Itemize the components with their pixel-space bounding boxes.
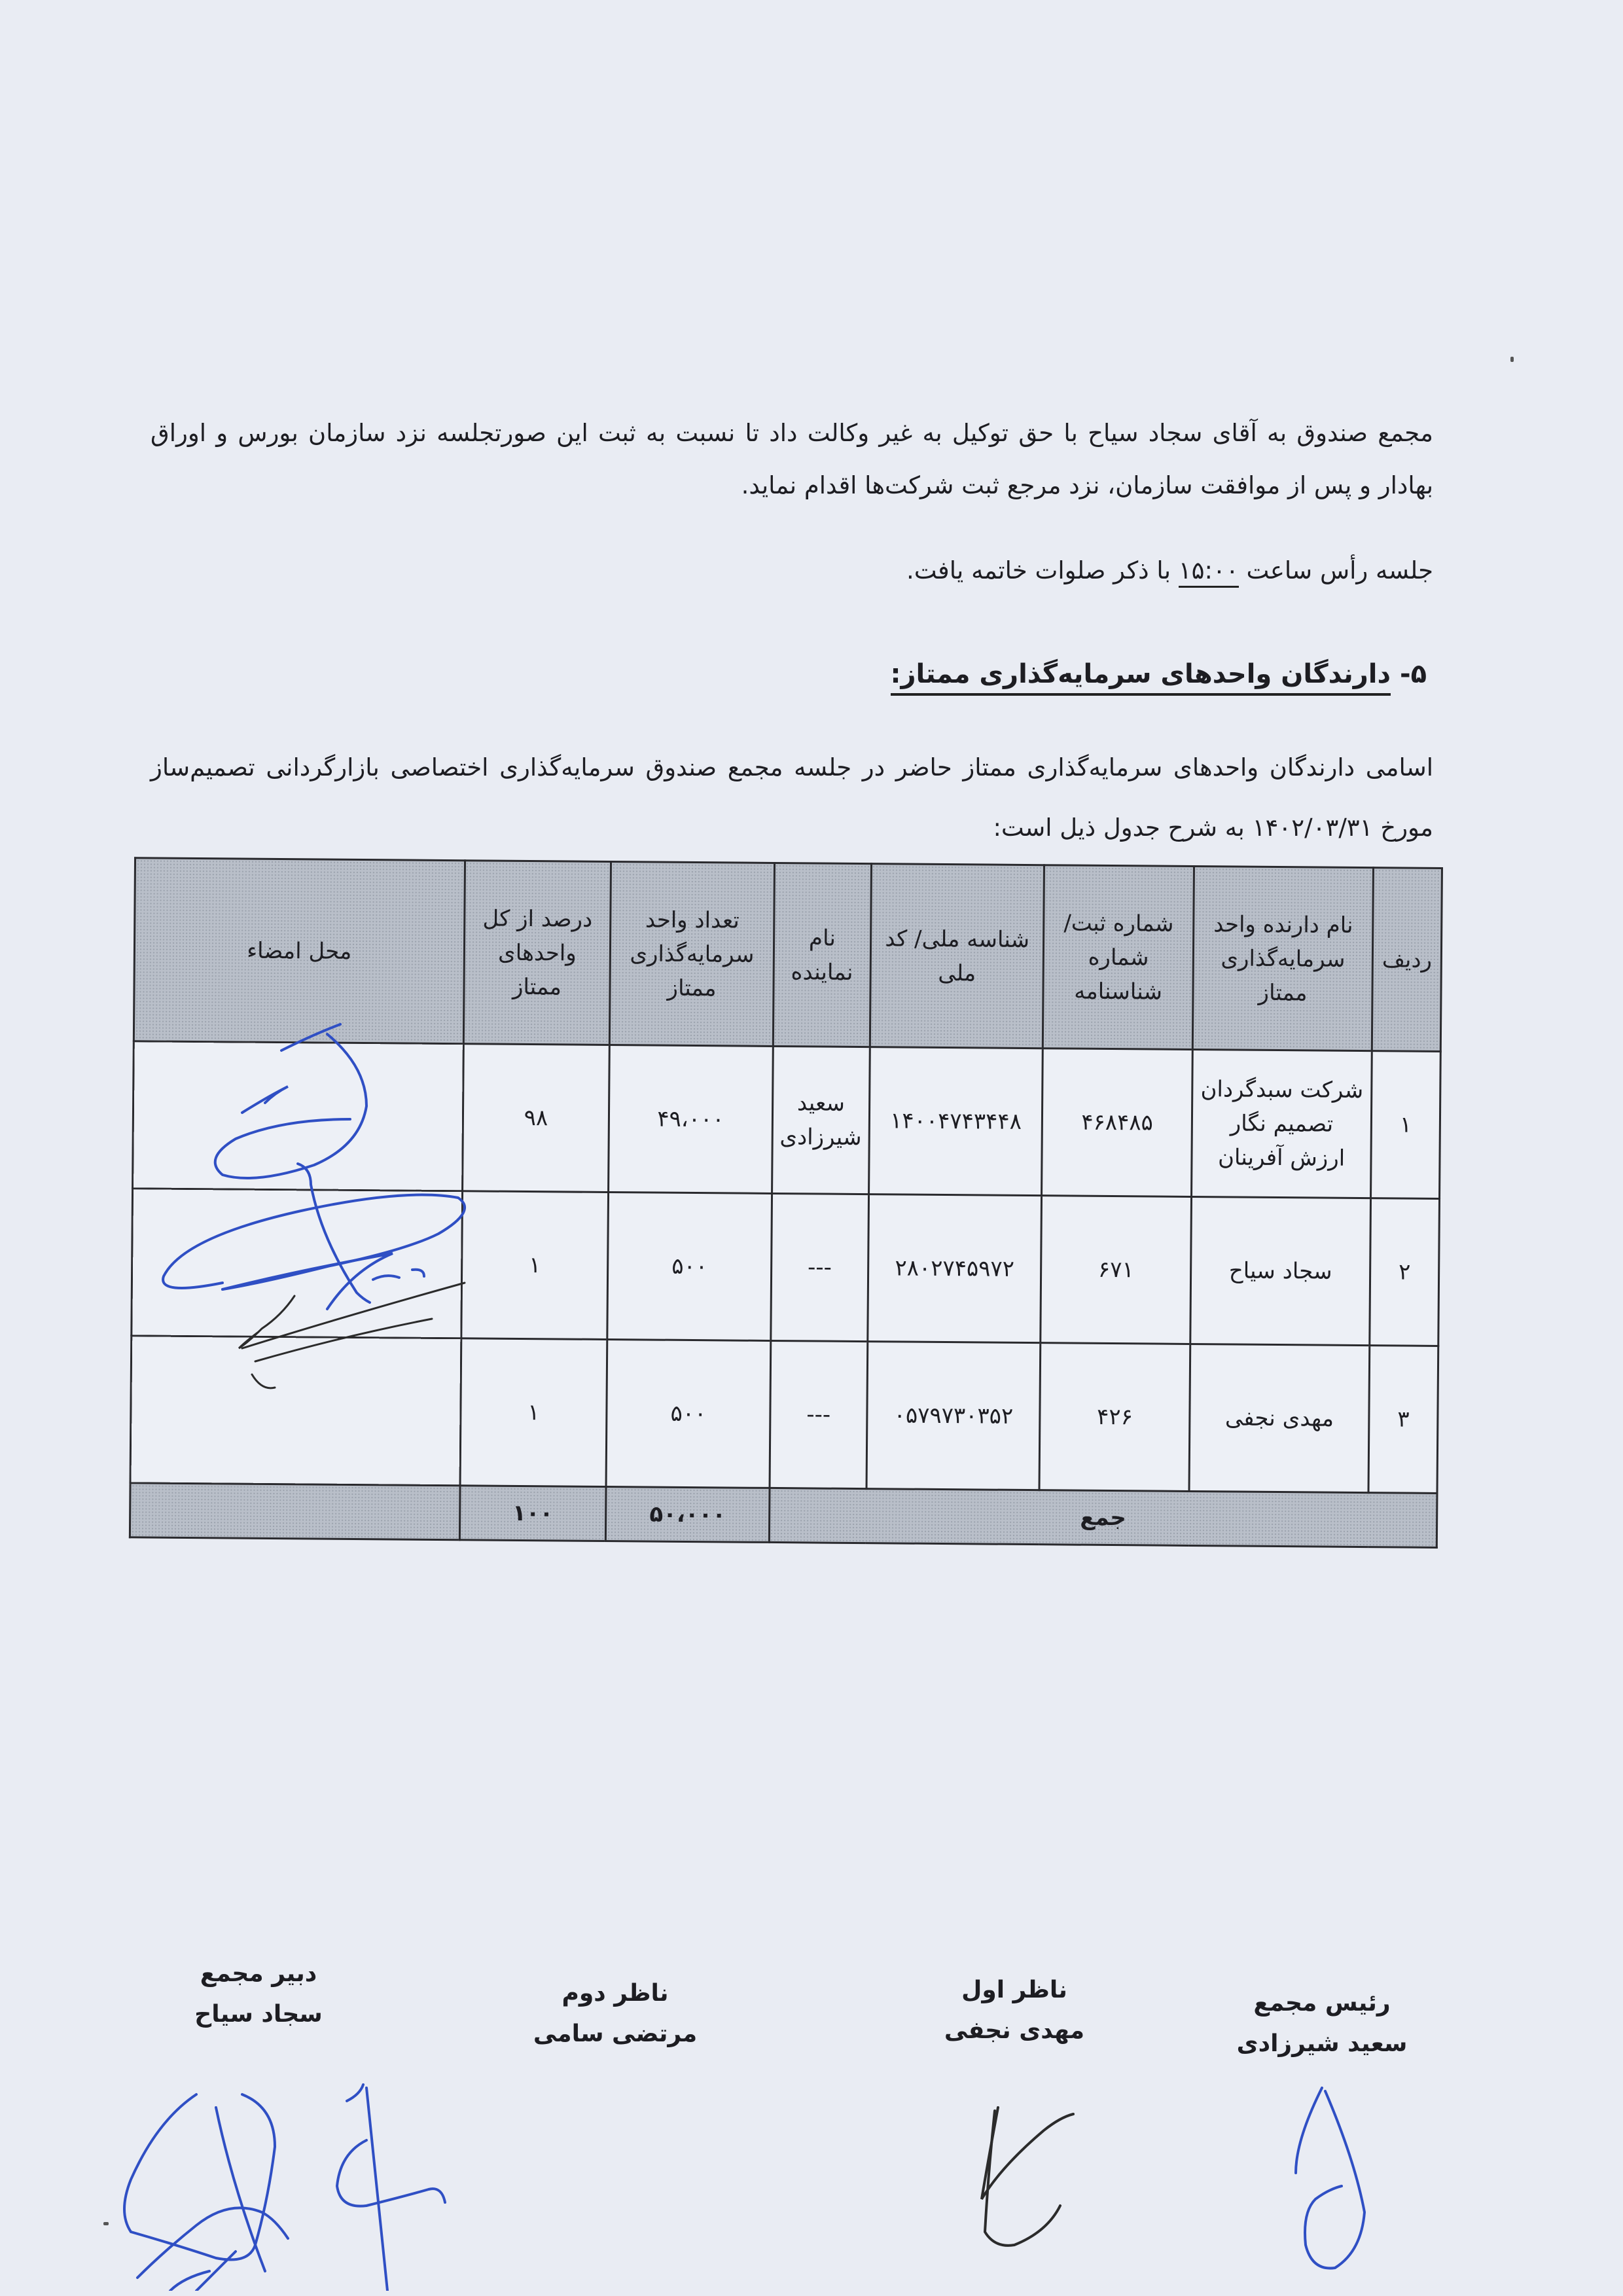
paragraph-closing: جلسه رأس ساعت ۱۵:۰۰ با ذکر صلوات خاتمه ی…: [151, 545, 1433, 597]
signer-first-observer: ناظر اول مهدی نجفی: [916, 1970, 1113, 2051]
cell-signature: [132, 1189, 462, 1338]
signer-chairman: رئیس مجمع سعید شیرزادی: [1224, 1983, 1420, 2064]
cell-units: ۵۰۰: [606, 1339, 770, 1488]
section-intro: اسامی دارندگان واحدهای سرمایه‌گذاری ممتا…: [151, 738, 1433, 858]
closing-before: جلسه رأس ساعت: [1247, 556, 1434, 584]
scan-speck: [1510, 357, 1514, 362]
cell-holder-name: سجاد سیاح: [1190, 1196, 1371, 1345]
table-header-row: ردیف نام دارنده واحد سرمایه‌گذاری ممتاز …: [134, 858, 1442, 1052]
cell-percent: ۱: [461, 1191, 608, 1340]
table-total-row: جمع ۵۰،۰۰۰ ۱۰۰: [130, 1483, 1437, 1548]
closing-after: با ذکر صلوات خاتمه یافت.: [906, 556, 1171, 584]
cell-national-id: ۱۴۰۰۴۷۴۳۴۴۸: [868, 1047, 1043, 1196]
total-units: ۵۰،۰۰۰: [606, 1486, 770, 1542]
signer-role: ناظر دوم: [517, 1973, 713, 2014]
cell-reg-no: ۶۷۱: [1041, 1196, 1192, 1344]
cell-units: ۴۹،۰۰۰: [609, 1045, 773, 1194]
holders-table: ردیف نام دارنده واحد سرمایه‌گذاری ممتاز …: [129, 857, 1443, 1549]
signer-role: رئیس مجمع: [1224, 1983, 1420, 2024]
signer-role: دبیر مجمع: [160, 1954, 357, 1994]
header-holder-name: نام دارنده واحد سرمایه‌گذاری ممتاز: [1192, 867, 1373, 1051]
cell-signature: [130, 1336, 461, 1486]
cell-rep-name: ---: [770, 1340, 868, 1488]
cell-reg-no: ۴۲۶: [1039, 1343, 1190, 1492]
signer-name: مهدی نجفی: [916, 2011, 1113, 2051]
signer-secretary: دبیر مجمع سجاد سیاح: [160, 1954, 357, 2035]
cell-signature: [133, 1041, 463, 1191]
cell-national-id: ۰۵۷۹۷۳۰۳۵۲: [866, 1342, 1041, 1490]
cell-row-no: ۱: [1371, 1051, 1441, 1199]
signer-name: سعید شیرزادی: [1224, 2024, 1420, 2064]
cell-percent: ۹۸: [462, 1044, 609, 1193]
header-reg-no: شماره ثبت/ شماره شناسنامه: [1043, 865, 1194, 1050]
cell-reg-no: ۴۶۸۴۸۵: [1042, 1049, 1193, 1197]
total-label: جمع: [769, 1488, 1437, 1547]
paragraph-authorization: مجمع صندوق به آقای سجاد سیاح با حق توکیل…: [151, 407, 1433, 512]
header-row-no: ردیف: [1372, 868, 1442, 1052]
signer-name: سجاد سیاح: [160, 1994, 357, 2035]
signer-role: ناظر اول: [916, 1970, 1113, 2011]
header-rep-name: نام نماینده: [773, 863, 871, 1047]
header-percent: درصد از کل واحدهای ممتاز: [463, 861, 611, 1045]
cell-percent: ۱: [460, 1338, 607, 1487]
header-national-id: شناسه ملی/ کد ملی: [870, 864, 1044, 1049]
signer-name: مرتضی سامی: [517, 2014, 713, 2054]
header-signature: محل امضاء: [134, 858, 465, 1044]
cell-rep-name: سعید شیرزادی: [772, 1046, 870, 1194]
cell-row-no: ۲: [1370, 1198, 1440, 1346]
cell-row-no: ۳: [1368, 1346, 1438, 1494]
closing-time: ۱۵:۰۰: [1179, 556, 1239, 588]
cell-holder-name: شرکت سبدگردان تصمیم نگار ارزش آفرینان: [1192, 1050, 1372, 1198]
cell-national-id: ۲۸۰۲۷۴۵۹۷۲: [868, 1194, 1042, 1343]
table-row: ۱ شرکت سبدگردان تصمیم نگار ارزش آفرینان …: [133, 1041, 1441, 1199]
scan-speck: [103, 2222, 109, 2225]
signer-second-observer: ناظر دوم مرتضی سامی: [517, 1973, 713, 2054]
bottom-signatures-icon: [118, 2081, 1479, 2291]
cell-holder-name: مهدی نجفی: [1189, 1344, 1370, 1492]
cell-rep-name: ---: [771, 1193, 869, 1341]
section-title: دارندگان واحدهای سرمایه‌گذاری ممتاز:: [891, 659, 1391, 696]
table-row: ۳ مهدی نجفی ۴۲۶ ۰۵۷۹۷۳۰۳۵۲ --- ۵۰۰ ۱: [130, 1336, 1438, 1494]
total-percent: ۱۰۰: [459, 1486, 606, 1541]
total-signature-blank: [130, 1483, 459, 1540]
section-heading: ۵- دارندگان واحدهای سرمایه‌گذاری ممتاز:: [891, 655, 1427, 694]
document-page: مجمع صندوق به آقای سجاد سیاح با حق توکیل…: [0, 0, 1623, 2296]
header-units: تعداد واحد سرمایه‌گذاری ممتاز: [610, 862, 775, 1047]
section-number: ۵-: [1400, 659, 1427, 689]
table-row: ۲ سجاد سیاح ۶۷۱ ۲۸۰۲۷۴۵۹۷۲ --- ۵۰۰ ۱: [132, 1189, 1440, 1346]
cell-units: ۵۰۰: [607, 1193, 772, 1341]
